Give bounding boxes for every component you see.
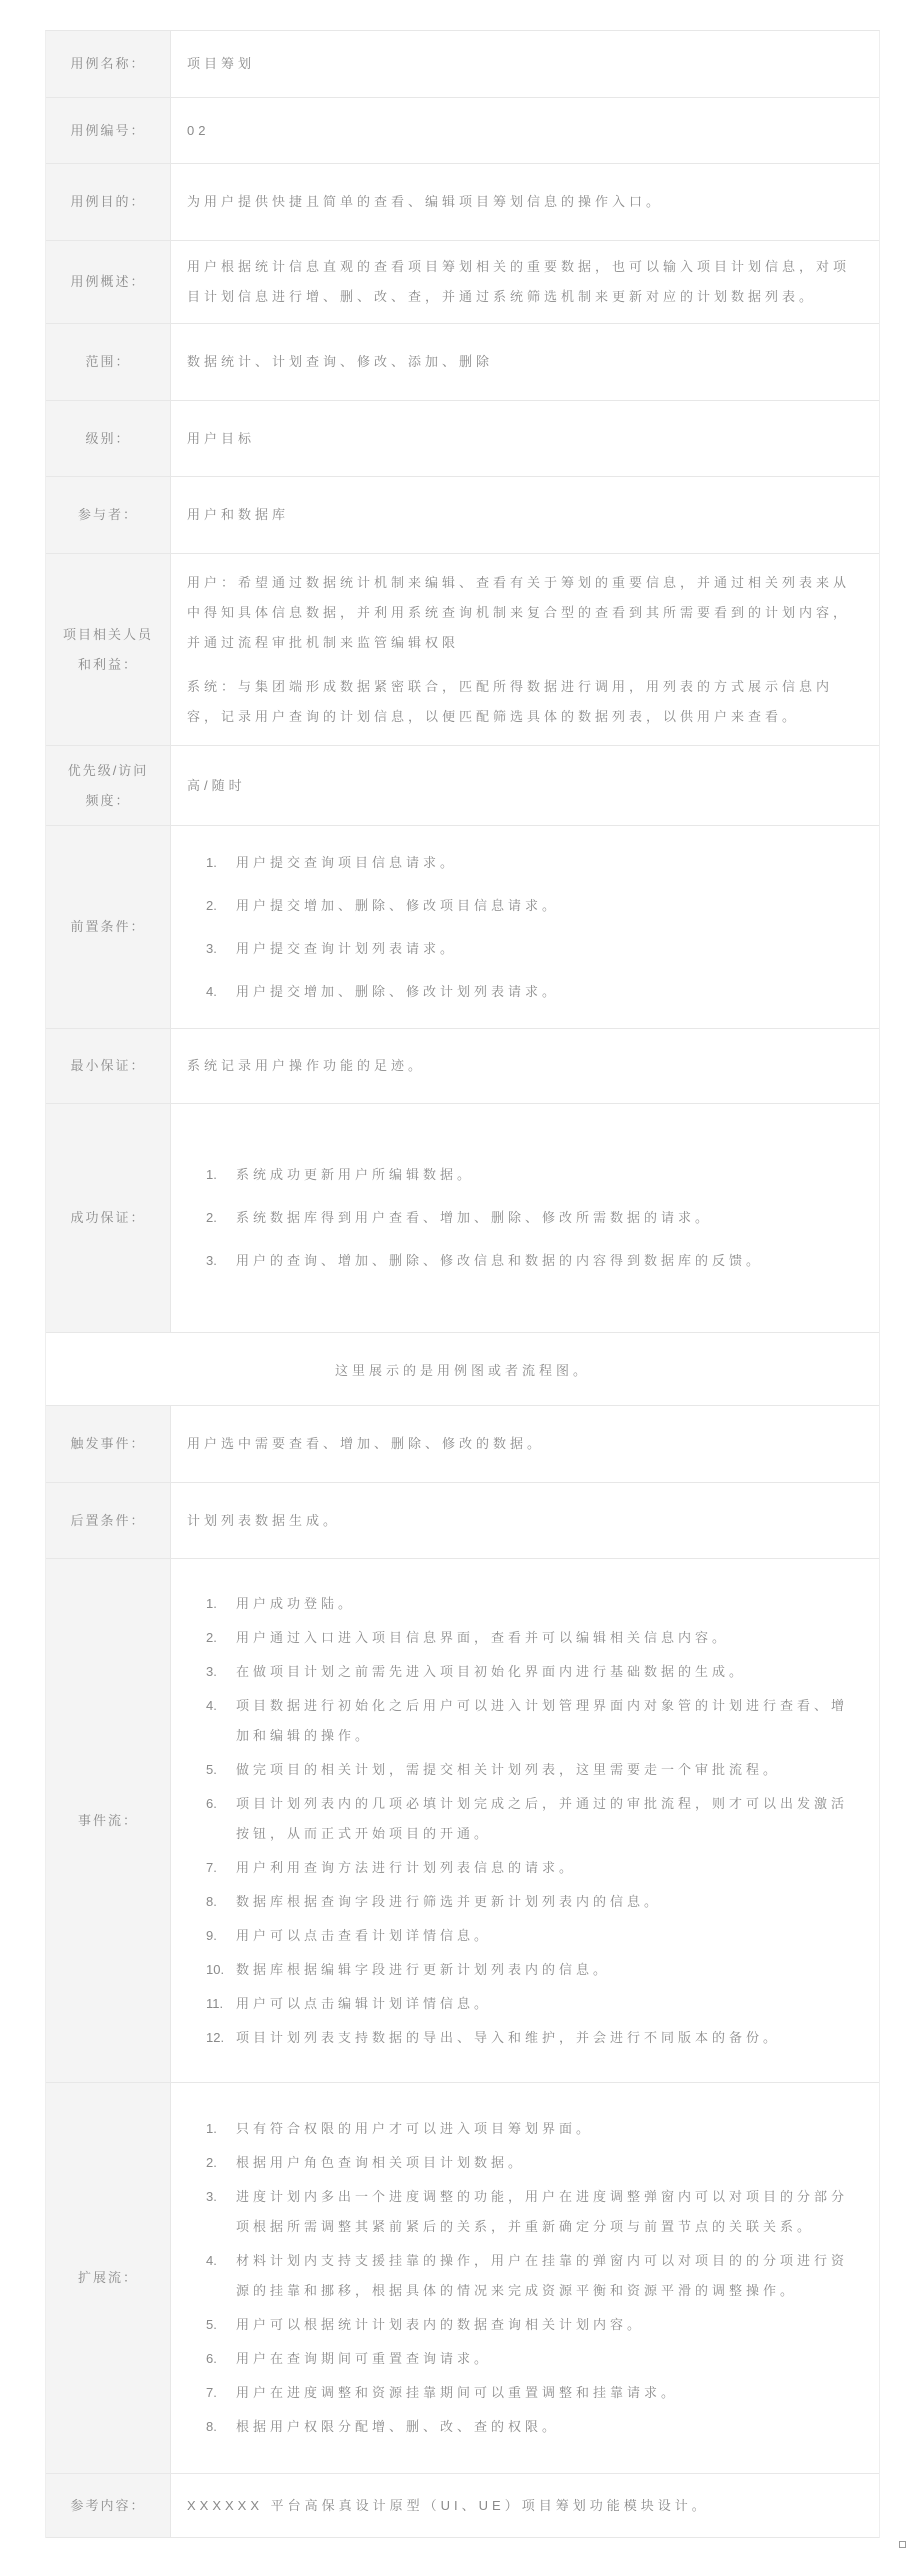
list-item: 3.用户的查询、增加、删除、修改信息和数据的内容得到数据库的反馈。 xyxy=(206,1246,859,1276)
list-item-number: 1. xyxy=(206,848,236,878)
list-item-number: 6. xyxy=(206,1789,236,1849)
list-item: 2.系统数据库得到用户查看、增加、删除、修改所需数据的请求。 xyxy=(206,1203,859,1233)
list-item-number: 2. xyxy=(206,1203,236,1233)
row-value: 用户根据统计信息直观的查看项目筹划相关的重要数据，也可以输入项目计划信息，对项目… xyxy=(171,241,879,323)
row-label: 用例编号： xyxy=(46,98,171,163)
row-label: 项目相关人员和利益： xyxy=(46,554,171,745)
list-item-text: 用户可以点击编辑计划详情信息。 xyxy=(236,1989,859,2019)
list-item-number: 7. xyxy=(206,1853,236,1883)
list-item: 11.用户可以点击编辑计划详情信息。 xyxy=(206,1989,859,2019)
list-item-text: 根据用户角色查询相关项目计划数据。 xyxy=(236,2148,859,2178)
row-value: 用户选中需要查看、增加、删除、修改的数据。 xyxy=(171,1406,879,1482)
row-label: 前置条件： xyxy=(46,826,171,1028)
list-item-number: 2. xyxy=(206,2148,236,2178)
value-paragraph: 用户根据统计信息直观的查看项目筹划相关的重要数据，也可以输入项目计划信息，对项目… xyxy=(187,252,859,312)
list-item-number: 4. xyxy=(206,977,236,1007)
list-item-text: 数据库根据编辑字段进行更新计划列表内的信息。 xyxy=(236,1955,859,1985)
list-item-text: 用户可以根据统计计划表内的数据查询相关计划内容。 xyxy=(236,2310,859,2340)
table-row: 范围：数据统计、计划查询、修改、添加、删除 xyxy=(46,324,879,401)
list-item-text: 用户在进度调整和资源挂靠期间可以重置调整和挂靠请求。 xyxy=(236,2378,859,2408)
table-resize-handle[interactable] xyxy=(899,2541,906,2548)
list-item: 2.根据用户角色查询相关项目计划数据。 xyxy=(206,2148,859,2178)
row-value: 为用户提供快捷且简单的查看、编辑项目筹划信息的操作入口。 xyxy=(171,164,879,240)
list-item-number: 8. xyxy=(206,2412,236,2442)
table-row: 参与者：用户和数据库 xyxy=(46,477,879,554)
list-item-text: 用户提交查询项目信息请求。 xyxy=(236,848,859,878)
row-label: 触发事件： xyxy=(46,1406,171,1482)
list-item-text: 进度计划内多出一个进度调整的功能，用户在进度调整弹窗内可以对项目的分部分项根据所… xyxy=(236,2182,859,2242)
list-item-text: 项目计划列表支持数据的导出、导入和维护，并会进行不同版本的备份。 xyxy=(236,2023,859,2053)
value-paragraph: 用户：希望通过数据统计机制来编辑、查看有关于筹划的重要信息，并通过相关列表来从中… xyxy=(187,568,859,658)
list-item: 2.用户通过入口进入项目信息界面，查看并可以编辑相关信息内容。 xyxy=(206,1623,859,1653)
table-row: 成功保证：1.系统成功更新用户所编辑数据。2.系统数据库得到用户查看、增加、删除… xyxy=(46,1104,879,1333)
list-item-text: 根据用户权限分配增、删、改、查的权限。 xyxy=(236,2412,859,2442)
row-value: 用户目标 xyxy=(171,401,879,476)
row-label: 范围： xyxy=(46,324,171,400)
list-item-number: 2. xyxy=(206,891,236,921)
value-paragraph: 为用户提供快捷且简单的查看、编辑项目筹划信息的操作入口。 xyxy=(187,187,859,217)
value-paragraph: 用户目标 xyxy=(187,424,859,454)
row-label: 最小保证： xyxy=(46,1029,171,1103)
list-item: 10.数据库根据编辑字段进行更新计划列表内的信息。 xyxy=(206,1955,859,1985)
list-item-text: 做完项目的相关计划，需提交相关计划列表，这里需要走一个审批流程。 xyxy=(236,1755,859,1785)
list-item-text: 用户通过入口进入项目信息界面，查看并可以编辑相关信息内容。 xyxy=(236,1623,859,1653)
use-case-table: 用例名称：项目筹划用例编号：02用例目的：为用户提供快捷且简单的查看、编辑项目筹… xyxy=(45,30,880,2538)
row-label: 用例目的： xyxy=(46,164,171,240)
row-label: 成功保证： xyxy=(46,1104,171,1332)
numbered-list: 1.用户成功登陆。2.用户通过入口进入项目信息界面，查看并可以编辑相关信息内容。… xyxy=(187,1589,859,2053)
list-item-text: 项目数据进行初始化之后用户可以进入计划管理界面内对象管的计划进行查看、增加和编辑… xyxy=(236,1691,859,1751)
list-item-number: 7. xyxy=(206,2378,236,2408)
list-item-text: 在做项目计划之前需先进入项目初始化界面内进行基础数据的生成。 xyxy=(236,1657,859,1687)
row-value: 用户和数据库 xyxy=(171,477,879,553)
table-row: 优先级/访问频度：高/随时 xyxy=(46,746,879,826)
table-row: 最小保证：系统记录用户操作功能的足迹。 xyxy=(46,1029,879,1104)
value-paragraph: 高/随时 xyxy=(187,771,859,801)
value-paragraph: 计划列表数据生成。 xyxy=(187,1506,859,1536)
list-item-text: 用户在查询期间可重置查询请求。 xyxy=(236,2344,859,2374)
row-value: XXXXXX 平台高保真设计原型（UI、UE）项目筹划功能模块设计。 xyxy=(171,2474,879,2537)
list-item-number: 3. xyxy=(206,1657,236,1687)
list-item: 3.进度计划内多出一个进度调整的功能，用户在进度调整弹窗内可以对项目的分部分项根… xyxy=(206,2182,859,2242)
table-row: 事件流：1.用户成功登陆。2.用户通过入口进入项目信息界面，查看并可以编辑相关信… xyxy=(46,1559,879,2083)
row-label: 参考内容： xyxy=(46,2474,171,2537)
table-row: 参考内容：XXXXXX 平台高保真设计原型（UI、UE）项目筹划功能模块设计。 xyxy=(46,2474,879,2538)
list-item-number: 3. xyxy=(206,1246,236,1276)
list-item: 1.用户提交查询项目信息请求。 xyxy=(206,848,859,878)
list-item-text: 系统数据库得到用户查看、增加、删除、修改所需数据的请求。 xyxy=(236,1203,859,1233)
list-item-text: 用户利用查询方法进行计划列表信息的请求。 xyxy=(236,1853,859,1883)
list-item: 5.用户可以根据统计计划表内的数据查询相关计划内容。 xyxy=(206,2310,859,2340)
row-value: 1.用户成功登陆。2.用户通过入口进入项目信息界面，查看并可以编辑相关信息内容。… xyxy=(171,1559,879,2082)
row-label: 用例概述： xyxy=(46,241,171,323)
row-value: 1.只有符合权限的用户才可以进入项目筹划界面。2.根据用户角色查询相关项目计划数… xyxy=(171,2083,879,2473)
table-row: 扩展流：1.只有符合权限的用户才可以进入项目筹划界面。2.根据用户角色查询相关项… xyxy=(46,2083,879,2474)
table-row: 用例目的：为用户提供快捷且简单的查看、编辑项目筹划信息的操作入口。 xyxy=(46,164,879,241)
row-label: 后置条件： xyxy=(46,1483,171,1558)
row-value: 1.用户提交查询项目信息请求。2.用户提交增加、删除、修改项目信息请求。3.用户… xyxy=(171,826,879,1028)
list-item-number: 3. xyxy=(206,2182,236,2242)
list-item-text: 项目计划列表内的几项必填计划完成之后，并通过的审批流程，则才可以出发激活按钮，从… xyxy=(236,1789,859,1849)
list-item: 1.系统成功更新用户所编辑数据。 xyxy=(206,1160,859,1190)
list-item: 7.用户在进度调整和资源挂靠期间可以重置调整和挂靠请求。 xyxy=(206,2378,859,2408)
list-item-text: 数据库根据查询字段进行筛选并更新计划列表内的信息。 xyxy=(236,1887,859,1917)
list-item: 4.用户提交增加、删除、修改计划列表请求。 xyxy=(206,977,859,1007)
table-row: 前置条件：1.用户提交查询项目信息请求。2.用户提交增加、删除、修改项目信息请求… xyxy=(46,826,879,1029)
list-item-number: 1. xyxy=(206,1160,236,1190)
row-value: 项目筹划 xyxy=(171,31,879,97)
row-label: 参与者： xyxy=(46,477,171,553)
value-paragraph: XXXXXX 平台高保真设计原型（UI、UE）项目筹划功能模块设计。 xyxy=(187,2491,859,2521)
list-item-number: 10. xyxy=(206,1955,236,1985)
list-item: 2.用户提交增加、删除、修改项目信息请求。 xyxy=(206,891,859,921)
list-item-number: 8. xyxy=(206,1887,236,1917)
table-row: 用例编号：02 xyxy=(46,98,879,164)
value-paragraph: 数据统计、计划查询、修改、添加、删除 xyxy=(187,347,859,377)
table-row: 级别：用户目标 xyxy=(46,401,879,477)
list-item-text: 用户成功登陆。 xyxy=(236,1589,859,1619)
list-item-text: 用户提交查询计划列表请求。 xyxy=(236,934,859,964)
list-item-number: 12. xyxy=(206,2023,236,2053)
list-item-number: 11. xyxy=(206,1989,236,2019)
list-item-text: 材料计划内支持支援挂靠的操作，用户在挂靠的弹窗内可以对项目的的分项进行资源的挂靠… xyxy=(236,2246,859,2306)
list-item-number: 5. xyxy=(206,1755,236,1785)
row-label: 用例名称： xyxy=(46,31,171,97)
list-item-text: 用户的查询、增加、删除、修改信息和数据的内容得到数据库的反馈。 xyxy=(236,1246,859,1276)
list-item: 6.用户在查询期间可重置查询请求。 xyxy=(206,2344,859,2374)
list-item: 7.用户利用查询方法进行计划列表信息的请求。 xyxy=(206,1853,859,1883)
list-item: 4.材料计划内支持支援挂靠的操作，用户在挂靠的弹窗内可以对项目的的分项进行资源的… xyxy=(206,2246,859,2306)
list-item: 5.做完项目的相关计划，需提交相关计划列表，这里需要走一个审批流程。 xyxy=(206,1755,859,1785)
value-paragraph: 用户选中需要查看、增加、删除、修改的数据。 xyxy=(187,1429,859,1459)
list-item: 6.项目计划列表内的几项必填计划完成之后，并通过的审批流程，则才可以出发激活按钮… xyxy=(206,1789,859,1849)
list-item: 8.数据库根据查询字段进行筛选并更新计划列表内的信息。 xyxy=(206,1887,859,1917)
table-row: 触发事件：用户选中需要查看、增加、删除、修改的数据。 xyxy=(46,1406,879,1483)
list-item-text: 用户提交增加、删除、修改计划列表请求。 xyxy=(236,977,859,1007)
value-paragraph: 用户和数据库 xyxy=(187,500,859,530)
list-item-number: 1. xyxy=(206,2114,236,2144)
list-item-number: 1. xyxy=(206,1589,236,1619)
list-item-number: 5. xyxy=(206,2310,236,2340)
numbered-list: 1.用户提交查询项目信息请求。2.用户提交增加、删除、修改项目信息请求。3.用户… xyxy=(187,848,859,1007)
value-paragraph: 系统：与集团端形成数据紧密联合，匹配所得数据进行调用，用列表的方式展示信息内容，… xyxy=(187,672,859,732)
list-item-text: 系统成功更新用户所编辑数据。 xyxy=(236,1160,859,1190)
list-item: 1.用户成功登陆。 xyxy=(206,1589,859,1619)
row-label: 事件流： xyxy=(46,1559,171,2082)
row-label: 优先级/访问频度： xyxy=(46,746,171,825)
list-item-text: 只有符合权限的用户才可以进入项目筹划界面。 xyxy=(236,2114,859,2144)
list-item-number: 3. xyxy=(206,934,236,964)
row-value: 02 xyxy=(171,98,879,163)
row-value: 用户：希望通过数据统计机制来编辑、查看有关于筹划的重要信息，并通过相关列表来从中… xyxy=(171,554,879,745)
list-item-number: 6. xyxy=(206,2344,236,2374)
row-label: 级别： xyxy=(46,401,171,476)
list-item: 1.只有符合权限的用户才可以进入项目筹划界面。 xyxy=(206,2114,859,2144)
list-item-number: 4. xyxy=(206,2246,236,2306)
table-row: 项目相关人员和利益：用户：希望通过数据统计机制来编辑、查看有关于筹划的重要信息，… xyxy=(46,554,879,746)
numbered-list: 1.只有符合权限的用户才可以进入项目筹划界面。2.根据用户角色查询相关项目计划数… xyxy=(187,2114,859,2442)
list-item-number: 4. xyxy=(206,1691,236,1751)
row-value: 高/随时 xyxy=(171,746,879,825)
row-value: 数据统计、计划查询、修改、添加、删除 xyxy=(171,324,879,400)
list-item-number: 9. xyxy=(206,1921,236,1951)
list-item: 9.用户可以点击查看计划详情信息。 xyxy=(206,1921,859,1951)
row-value: 计划列表数据生成。 xyxy=(171,1483,879,1558)
row-label: 扩展流： xyxy=(46,2083,171,2473)
value-paragraph: 系统记录用户操作功能的足迹。 xyxy=(187,1051,859,1081)
list-item: 3.用户提交查询计划列表请求。 xyxy=(206,934,859,964)
diagram-placeholder-row: 这里展示的是用例图或者流程图。 xyxy=(46,1333,879,1406)
table-row: 后置条件：计划列表数据生成。 xyxy=(46,1483,879,1559)
list-item: 12.项目计划列表支持数据的导出、导入和维护，并会进行不同版本的备份。 xyxy=(206,2023,859,2053)
value-paragraph: 项目筹划 xyxy=(187,49,859,79)
row-value: 1.系统成功更新用户所编辑数据。2.系统数据库得到用户查看、增加、删除、修改所需… xyxy=(171,1104,879,1332)
list-item-text: 用户可以点击查看计划详情信息。 xyxy=(236,1921,859,1951)
diagram-placeholder-text: 这里展示的是用例图或者流程图。 xyxy=(46,1333,879,1405)
list-item: 4.项目数据进行初始化之后用户可以进入计划管理界面内对象管的计划进行查看、增加和… xyxy=(206,1691,859,1751)
numbered-list: 1.系统成功更新用户所编辑数据。2.系统数据库得到用户查看、增加、删除、修改所需… xyxy=(187,1160,859,1276)
list-item-number: 2. xyxy=(206,1623,236,1653)
list-item: 3.在做项目计划之前需先进入项目初始化界面内进行基础数据的生成。 xyxy=(206,1657,859,1687)
list-item: 8.根据用户权限分配增、删、改、查的权限。 xyxy=(206,2412,859,2442)
list-item-text: 用户提交增加、删除、修改项目信息请求。 xyxy=(236,891,859,921)
table-row: 用例名称：项目筹划 xyxy=(46,31,879,98)
table-row: 用例概述：用户根据统计信息直观的查看项目筹划相关的重要数据，也可以输入项目计划信… xyxy=(46,241,879,324)
value-paragraph: 02 xyxy=(187,116,859,146)
row-value: 系统记录用户操作功能的足迹。 xyxy=(171,1029,879,1103)
